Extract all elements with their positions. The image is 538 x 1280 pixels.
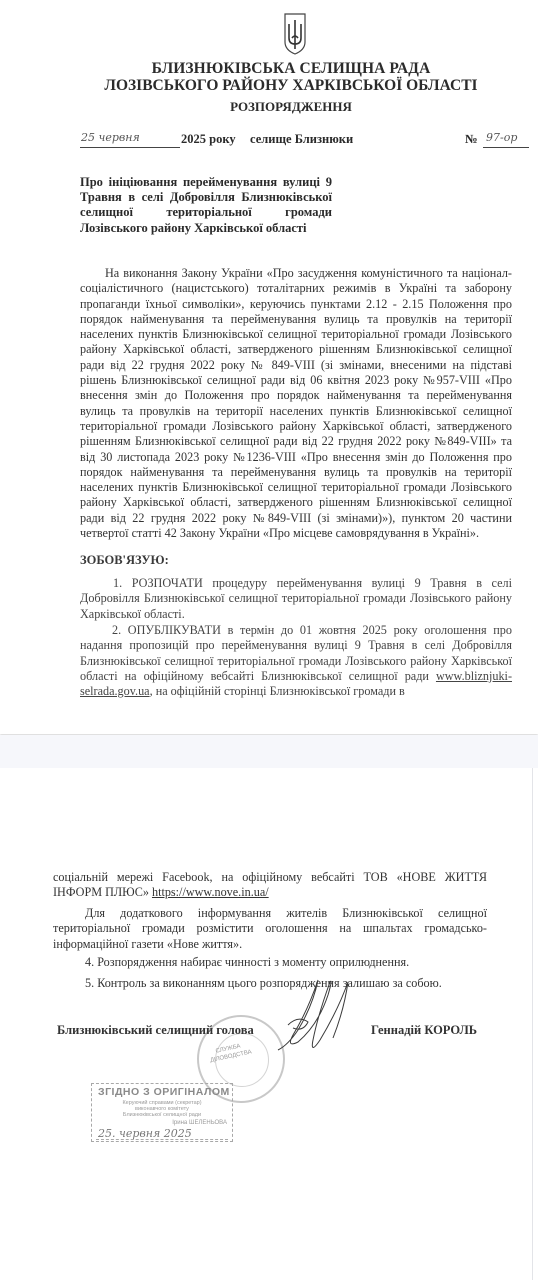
certification-stamp: ЗГІДНО З ОРИГІНАЛОМ Керуючий справами (с… <box>91 1083 233 1142</box>
document-page-1: БЛИЗНЮКІВСЬКА СЕЛИЩНА РАДА ЛОЗІВСЬКОГО Р… <box>0 0 538 734</box>
date-field: 25 червня <box>80 131 180 148</box>
number-field: 97-ор <box>483 131 529 148</box>
page-gap <box>0 735 538 768</box>
preamble-paragraph: На виконання Закону України «Про засудже… <box>80 266 512 541</box>
continuation-text: соціальній мережі Facebook, на офіційном… <box>53 870 487 899</box>
year: 2025 року <box>181 132 236 147</box>
stamp-line-3: Близнюківської селищної ради <box>92 1112 232 1118</box>
document-type: РОЗПОРЯДЖЕННЯ <box>22 99 538 115</box>
directive-item-4: 4. Розпорядження набирає чинності з моме… <box>53 955 487 970</box>
item-2-continuation: соціальній мережі Facebook, на офіційном… <box>53 870 487 901</box>
coat-of-arms-icon <box>283 12 307 56</box>
handwritten-number: 97-ор <box>486 131 517 144</box>
place: селище Близнюки <box>250 132 353 147</box>
newspaper-website-link[interactable]: https://www.nove.in.ua/ <box>152 885 269 899</box>
directive-item-2: 2. ОПУБЛІКУВАТИ в термін до 01 жовтня 20… <box>80 623 512 699</box>
directive-heading: ЗОБОВ'ЯЗУЮ: <box>80 553 169 568</box>
document-subject: Про ініціювання перейменування вулиці 9 … <box>80 175 332 236</box>
signatory-title: Близнюківський селищний голова <box>57 1023 254 1038</box>
stamp-title: ЗГІДНО З ОРИГІНАЛОМ <box>98 1086 230 1098</box>
number-label: № <box>465 132 478 147</box>
district-name: ЛОЗІВСЬКОГО РАЙОНУ ХАРКІВСЬКОЇ ОБЛАСТІ <box>22 77 538 95</box>
directive-item-1: 1. РОЗПОЧАТИ процедуру перейменування ву… <box>80 576 512 622</box>
council-name: БЛИЗНЮКІВСЬКА СЕЛИЩНА РАДА <box>22 60 538 78</box>
dateline: 25 червня 2025 року селище Близнюки № 97… <box>80 131 520 151</box>
handwritten-date: 25 червня <box>81 131 140 144</box>
handwritten-signature-icon <box>258 970 358 1065</box>
signatory-name: Геннадій КОРОЛЬ <box>371 1023 477 1038</box>
stamp-signer: Ірина ШЕЛЕНЬОВА <box>172 1120 227 1126</box>
additional-info-paragraph: Для додаткового інформування жителів Бли… <box>53 906 487 952</box>
item-2-text-tail: , на офіційній сторінці Близнюківської г… <box>150 684 405 698</box>
stamp-date-line <box>96 1139 228 1140</box>
